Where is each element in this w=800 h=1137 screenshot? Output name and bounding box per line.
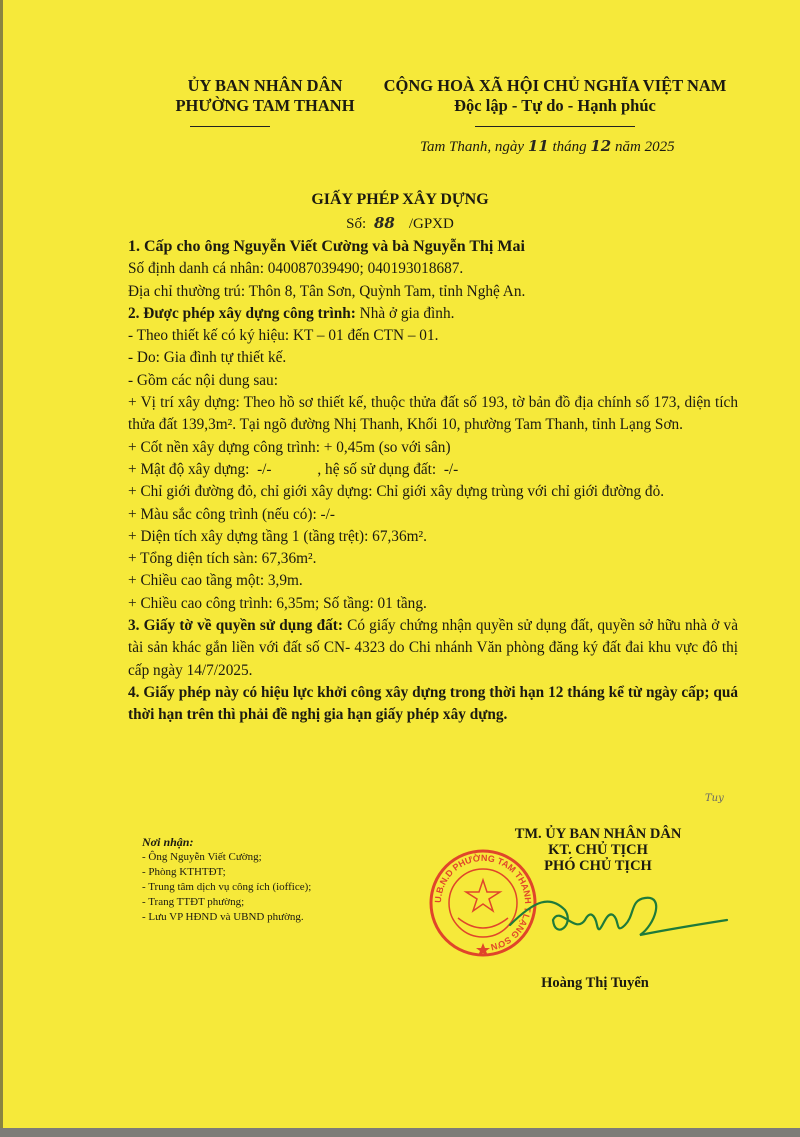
recipient-item: - Ông Nguyễn Viết Cường; xyxy=(142,850,402,865)
id-numbers: Số định danh cá nhân: 040087039490; 0401… xyxy=(128,258,738,280)
detail-item: + Cốt nền xây dựng công trình: + 0,45m (… xyxy=(128,437,738,459)
number-value: 88 xyxy=(374,214,395,232)
section3: 3. Giấy tờ về quyền sử dụng đất: Có giấy… xyxy=(128,615,738,682)
date-year: năm 2025 xyxy=(615,139,675,155)
authority-line2: PHƯỜNG TAM THANH xyxy=(150,96,380,116)
signature-title2: KT. CHỦ TỊCH xyxy=(468,842,728,858)
permit-page: ỦY BAN NHÂN DÂN PHƯỜNG TAM THANH CỘNG HO… xyxy=(0,0,800,1128)
recipient-item: - Trung tâm dịch vụ công ích (ioffice); xyxy=(142,880,402,895)
recipient-item: - Lưu VP HĐND và UBND phường. xyxy=(142,910,402,925)
authority-underline xyxy=(190,126,270,127)
motto-underline xyxy=(475,126,635,127)
section2-heading-value: Nhà ở gia đình. xyxy=(356,305,455,322)
signature-title1: TM. ỦY BAN NHÂN DÂN xyxy=(468,826,728,842)
number-prefix: Số: xyxy=(346,216,366,232)
detail-item: + Chiều cao công trình: 6,35m; Số tầng: … xyxy=(128,593,738,615)
recipient-item: - Trang TTĐT phường; xyxy=(142,895,402,910)
document-number: Số: 88/GPXD xyxy=(0,214,800,233)
reviewer-initials: Tuy xyxy=(705,793,724,804)
permanent-address: Địa chỉ thường trú: Thôn 8, Tân Sơn, Quỳ… xyxy=(128,281,738,303)
country-name: CỘNG HOÀ XÃ HỘI CHỦ NGHĨA VIỆT NAM xyxy=(370,76,740,96)
national-motto: CỘNG HOÀ XÃ HỘI CHỦ NGHĨA VIỆT NAM Độc l… xyxy=(370,76,740,116)
signature-block: TM. ỦY BAN NHÂN DÂN KT. CHỦ TỊCH PHÓ CHỦ… xyxy=(468,826,728,874)
detail-item: + Màu sắc công trình (nếu có): -/- xyxy=(128,504,738,526)
number-suffix: /GPXD xyxy=(409,216,454,232)
date-day: 11 xyxy=(528,137,549,155)
recipients-list: Nơi nhận: - Ông Nguyễn Viết Cường; - Phò… xyxy=(142,835,402,925)
permit-body: 1. Cấp cho ông Nguyễn Viết Cường và bà N… xyxy=(128,236,738,727)
handwritten-signature-icon xyxy=(505,880,730,950)
section4: 4. Giấy phép này có hiệu lực khởi công x… xyxy=(128,682,738,727)
date-place: Tam Thanh, ngày xyxy=(420,139,524,155)
detail-item: + Chỉ giới đường đỏ, chỉ giới xây dựng: … xyxy=(128,481,738,503)
recipient-item: - Phòng KTHTĐT; xyxy=(142,865,402,880)
issuing-authority: ỦY BAN NHÂN DÂN PHƯỜNG TAM THANH xyxy=(150,76,380,116)
section2-line: - Do: Gia đình tự thiết kế. xyxy=(128,347,738,369)
date-month: 12 xyxy=(590,137,611,155)
section1-heading: 1. Cấp cho ông Nguyễn Viết Cường và bà N… xyxy=(128,236,738,258)
recipients-heading: Nơi nhận: xyxy=(142,835,402,850)
detail-item: + Tổng diện tích sàn: 67,36m². xyxy=(128,548,738,570)
section2-heading: 2. Được phép xây dựng công trình: Nhà ở … xyxy=(128,303,738,325)
detail-item: + Chiều cao tầng một: 3,9m. xyxy=(128,570,738,592)
section3-heading: 3. Giấy tờ về quyền sử dụng đất: xyxy=(128,617,343,634)
signature-title3: PHÓ CHỦ TỊCH xyxy=(468,858,728,874)
detail-item: + Diện tích xây dựng tầng 1 (tầng trệt):… xyxy=(128,526,738,548)
motto: Độc lập - Tự do - Hạnh phúc xyxy=(370,96,740,116)
detail-item: + Mật độ xây dựng: -/- , hệ số sử dụng đ… xyxy=(128,459,738,481)
section2-line: - Theo thiết kế có ký hiệu: KT – 01 đến … xyxy=(128,325,738,347)
issue-date: Tam Thanh, ngày 11 tháng 12 năm 2025 xyxy=(420,137,730,156)
section2-line: - Gồm các nội dung sau: xyxy=(128,370,738,392)
signer-name: Hoàng Thị Tuyến xyxy=(480,975,710,992)
date-month-label: tháng xyxy=(552,139,586,155)
section2-heading-label: 2. Được phép xây dựng công trình: xyxy=(128,305,356,322)
document-title: GIẤY PHÉP XÂY DỰNG xyxy=(0,191,800,209)
detail-item: + Vị trí xây dựng: Theo hồ sơ thiết kế, … xyxy=(128,392,738,437)
authority-line1: ỦY BAN NHÂN DÂN xyxy=(150,76,380,96)
